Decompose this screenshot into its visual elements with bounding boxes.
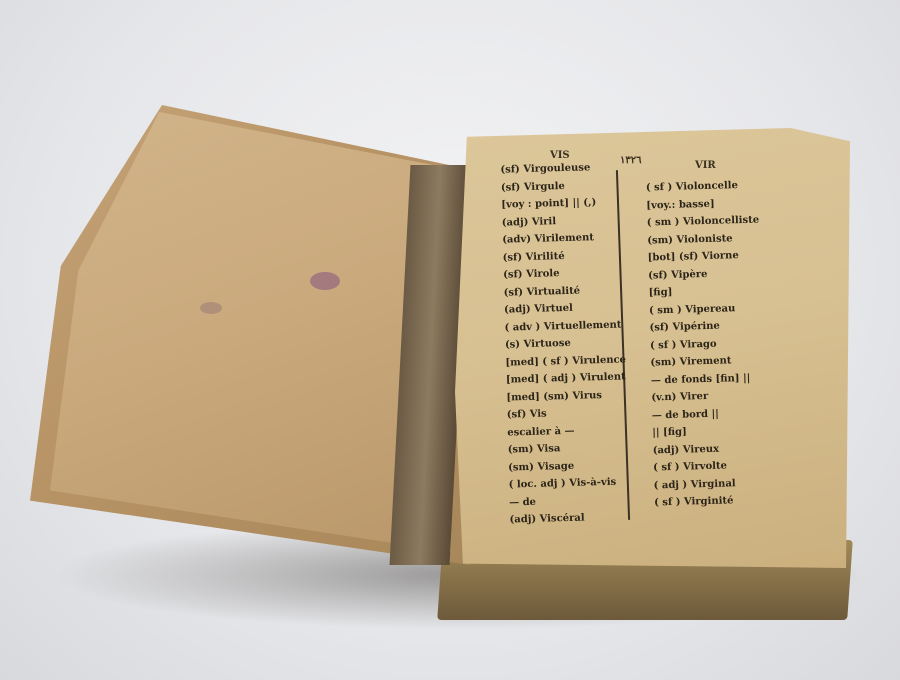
entry: ( sf ) Virginité <box>654 491 767 511</box>
entry: (adj) Viscéral <box>509 508 630 529</box>
right-column: ( sf ) Violoncelle [voy.: basse] ( sm ) … <box>646 177 767 512</box>
ink-stain <box>200 302 222 314</box>
entry: [med] ( adj ) Virulent <box>506 368 627 389</box>
header-right: VIR <box>695 160 716 171</box>
ink-stain <box>310 272 340 290</box>
entry: ( adv ) Virtuellement <box>504 316 625 337</box>
page-number: ١٣٢٦ <box>620 155 641 166</box>
entry: ( sm ) Violoncelliste <box>647 212 760 232</box>
entry: ( loc. adj ) Vis-à-vis <box>508 473 629 494</box>
entry: — de fonds [fin] || <box>651 369 764 389</box>
left-column: (sf) Virgouleuse (sf) Virgule [voy : poi… <box>500 158 630 529</box>
